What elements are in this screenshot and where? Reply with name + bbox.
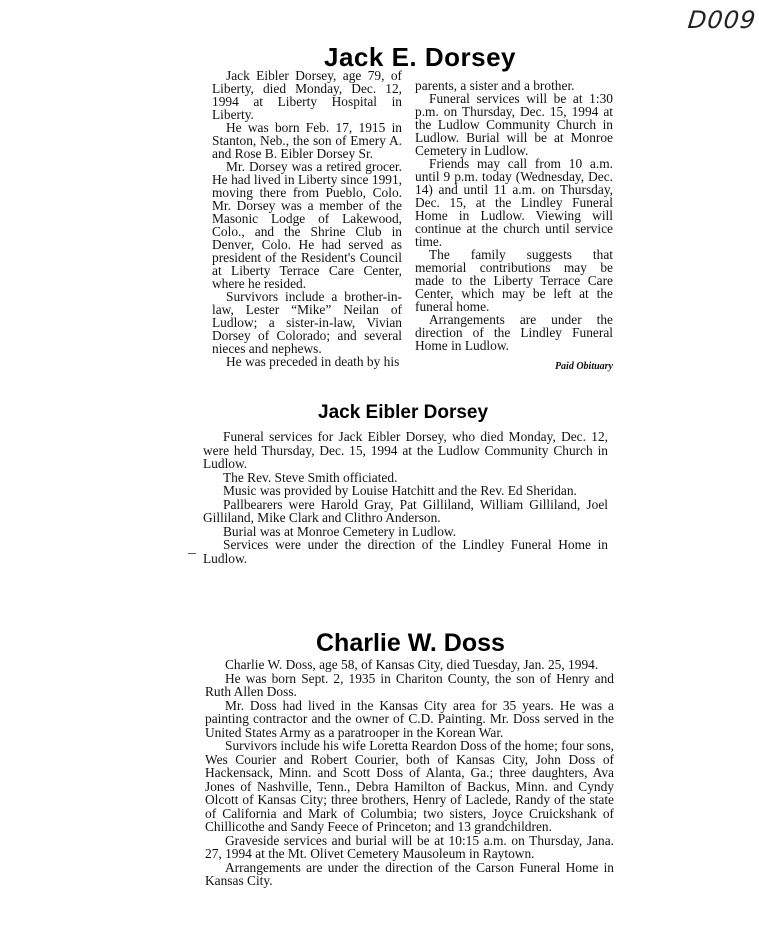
paragraph: Funeral services for Jack Eibler Dorsey,…: [203, 430, 608, 471]
paragraph: He was born Feb. 17, 1915 in Stanton, Ne…: [212, 121, 402, 160]
paragraph: Arrangements are under the direction of …: [415, 313, 613, 352]
paragraph: He was born Sept. 2, 1935 in Chariton Co…: [205, 672, 614, 699]
paid-obituary-label: Paid Obituary: [415, 360, 613, 373]
paragraph: The family suggests that memorial contri…: [415, 248, 613, 313]
paragraph: Graveside services and burial will be at…: [205, 834, 614, 861]
paragraph: Survivors include his wife Loretta Reard…: [205, 739, 614, 834]
obituary-title-jack-eibler-dorsey: Jack Eibler Dorsey: [318, 402, 488, 424]
obituary-3-body: Charlie W. Doss, age 58, of Kansas City,…: [205, 658, 614, 888]
paragraph: Music was provided by Louise Hatchitt an…: [203, 484, 608, 498]
paragraph: Services were under the direction of the…: [203, 538, 608, 565]
obituary-1-column-right: parents, a sister and a brother. Funeral…: [415, 79, 613, 373]
paragraph: Charlie W. Doss, age 58, of Kansas City,…: [205, 658, 614, 672]
paragraph: Arrangements are under the direction of …: [205, 861, 614, 888]
paragraph: Pallbearers were Harold Gray, Pat Gillil…: [203, 498, 608, 525]
paragraph: He was preceded in death by his: [212, 355, 402, 368]
paragraph: Survivors include a brother-in-law, Lest…: [212, 290, 402, 355]
document-id-stamp: D009: [687, 6, 758, 34]
paragraph: Jack Eibler Dorsey, age 79, of Liberty, …: [212, 69, 402, 121]
paragraph: Funeral services will be at 1:30 p.m. on…: [415, 92, 613, 157]
paragraph: Mr. Dorsey was a retired grocer. He had …: [212, 160, 402, 290]
scan-mark: [188, 553, 196, 554]
obituary-1-column-left: Jack Eibler Dorsey, age 79, of Liberty, …: [212, 69, 402, 368]
paragraph: Friends may call from 10 a.m. until 9 p.…: [415, 157, 613, 248]
paragraph: Mr. Doss had lived in the Kansas City ar…: [205, 699, 614, 740]
paragraph: Burial was at Monroe Cemetery in Ludlow.: [203, 525, 608, 539]
obituary-title-charlie-w-doss: Charlie W. Doss: [316, 629, 505, 658]
obituary-2-body: Funeral services for Jack Eibler Dorsey,…: [203, 430, 608, 565]
paragraph: The Rev. Steve Smith officiated.: [203, 471, 608, 485]
